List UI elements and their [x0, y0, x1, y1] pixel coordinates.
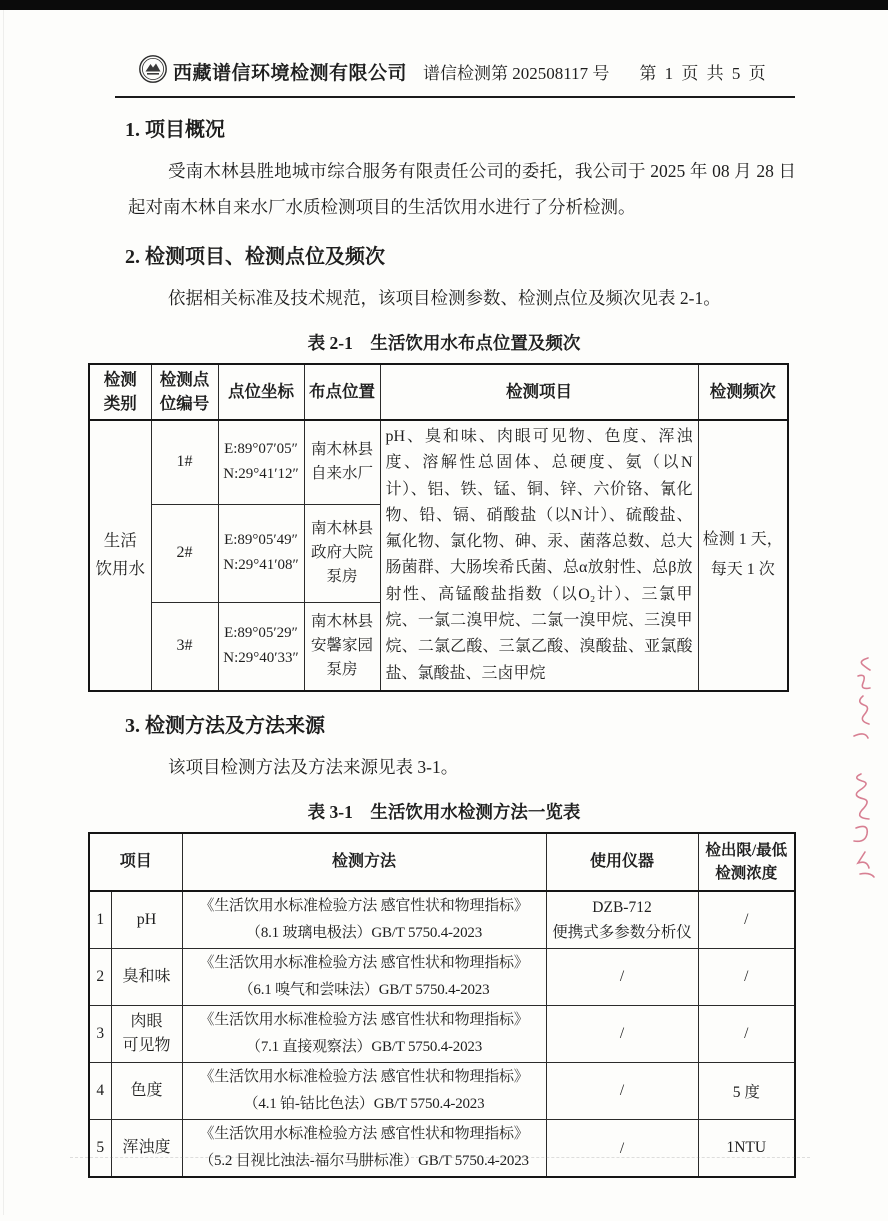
site3-location-cell: 南木林县 安馨家园 泵房 — [304, 602, 380, 691]
site2-coordinates-cell: E:89°05′49″ N:29°41′08″ — [218, 504, 304, 602]
row2-parameter-cell: 臭和味 — [111, 948, 182, 1005]
row3-limit-cell: / — [698, 1005, 795, 1062]
row2-method-cell: 《生活饮用水标准检验方法 感官性状和物理指标》 （6.1 嗅气和尝味法）GB/T… — [182, 948, 546, 1005]
report-number: 谱信检测第 202508117 号 — [423, 59, 609, 84]
method-row-odor: 2 臭和味 《生活饮用水标准检验方法 感官性状和物理指标》 （6.1 嗅气和尝味… — [89, 948, 795, 1005]
table2-caption: 表 2-1 生活饮用水布点位置及频次 — [88, 330, 800, 355]
col-header-site-id: 检测点 位编号 — [151, 364, 218, 420]
site1-location-cell: 南木林县 自来水厂 — [304, 420, 380, 504]
row5-instrument-cell: / — [546, 1119, 698, 1177]
row4-limit-cell: 5 度 — [698, 1062, 795, 1119]
category-cell: 生活 饮用水 — [89, 420, 151, 691]
red-handwriting-icon — [836, 652, 882, 892]
col-header-coordinates: 点位坐标 — [218, 364, 304, 420]
method-row-turbidity: 5 浑浊度 《生活饮用水标准检验方法 感官性状和物理指标》 （5.2 目视比浊法… — [89, 1119, 795, 1177]
scan-top-strip — [0, 0, 888, 10]
row3-number-cell: 3 — [89, 1005, 111, 1062]
company-brand: 西藏谱信环境检测有限公司 — [138, 54, 407, 89]
mountain-emblem-icon — [138, 54, 168, 89]
scan-artifact-line — [70, 1157, 810, 1158]
document-page: 西藏谱信环境检测有限公司 谱信检测第 202508117 号 第 1 页 共 5… — [0, 0, 888, 1221]
col-header-method: 检测方法 — [182, 833, 546, 891]
sampling-points-table: 检测 类别 检测点 位编号 点位坐标 布点位置 检测项目 检测频次 生活 饮用水… — [88, 363, 789, 692]
row3-instrument-cell: / — [546, 1005, 698, 1062]
col-header-frequency: 检测频次 — [698, 364, 788, 420]
col-header-item: 项目 — [89, 833, 182, 891]
site3-coordinates-cell: E:89°05′29″ N:29°40′33″ — [218, 602, 304, 691]
section1-heading: 1. 项目概况 — [125, 113, 800, 142]
row5-number-cell: 5 — [89, 1119, 111, 1177]
row1-instrument-cell: DZB-712 便携式多参数分析仪 — [546, 891, 698, 949]
page-number: 第 1 页 共 5 页 — [639, 59, 767, 84]
col-header-location: 布点位置 — [304, 364, 380, 420]
col-header-parameters: 检测项目 — [380, 364, 698, 420]
frequency-cell: 检测 1 天， 每天 1 次 — [698, 420, 788, 691]
row4-parameter-cell: 色度 — [111, 1062, 182, 1119]
site1-coordinates-cell: E:89°07′05″ N:29°41′12″ — [218, 420, 304, 504]
row1-method-cell: 《生活饮用水标准检验方法 感官性状和物理指标》 （8.1 玻璃电极法）GB/T … — [182, 891, 546, 949]
table3-caption: 表 3-1 生活饮用水检测方法一览表 — [88, 799, 800, 824]
section3-heading: 3. 检测方法及方法来源 — [125, 709, 800, 738]
row5-parameter-cell: 浑浊度 — [111, 1119, 182, 1177]
scan-edge-artifact — [3, 10, 4, 1215]
row5-method-cell: 《生活饮用水标准检验方法 感官性状和物理指标》 （5.2 目视比浊法-福尔马肼标… — [182, 1119, 546, 1177]
method-row-color: 4 色度 《生活饮用水标准检验方法 感官性状和物理指标》 （4.1 铂-钴比色法… — [89, 1062, 795, 1119]
row2-limit-cell: / — [698, 948, 795, 1005]
method-row-ph: 1 pH 《生活饮用水标准检验方法 感官性状和物理指标》 （8.1 玻璃电极法）… — [89, 891, 795, 949]
section2-heading: 2. 检测项目、检测点位及频次 — [125, 240, 800, 269]
header-divider — [115, 96, 795, 98]
row1-parameter-cell: pH — [111, 891, 182, 949]
col-header-instrument: 使用仪器 — [546, 833, 698, 891]
row2-number-cell: 2 — [89, 948, 111, 1005]
row4-number-cell: 4 — [89, 1062, 111, 1119]
company-name: 西藏谱信环境检测有限公司 — [173, 58, 407, 85]
row3-parameter-cell: 肉眼 可见物 — [111, 1005, 182, 1062]
section1-paragraph: 受南木林县胜地城市综合服务有限责任公司的委托，我公司于 2025 年 08 月 … — [128, 153, 796, 225]
page-header: 西藏谱信环境检测有限公司 谱信检测第 202508117 号 第 1 页 共 5… — [138, 54, 800, 89]
col-header-category: 检测 类别 — [89, 364, 151, 420]
site1-id-cell: 1# — [151, 420, 218, 504]
row1-number-cell: 1 — [89, 891, 111, 949]
row3-method-cell: 《生活饮用水标准检验方法 感官性状和物理指标》 （7.1 直接观察法）GB/T … — [182, 1005, 546, 1062]
methods-table: 项目 检测方法 使用仪器 检出限/最低 检测浓度 1 pH 《生活饮用水标准检验… — [88, 832, 796, 1179]
table2-header-row: 检测 类别 检测点 位编号 点位坐标 布点位置 检测项目 检测频次 — [89, 364, 788, 420]
row1-limit-cell: / — [698, 891, 795, 949]
row4-method-cell: 《生活饮用水标准检验方法 感官性状和物理指标》 （4.1 铂-钴比色法）GB/T… — [182, 1062, 546, 1119]
site3-id-cell: 3# — [151, 602, 218, 691]
section3-paragraph: 该项目检测方法及方法来源见表 3-1。 — [128, 749, 796, 785]
page-content: 西藏谱信环境检测有限公司 谱信检测第 202508117 号 第 1 页 共 5… — [88, 10, 800, 1178]
parameters-cell: pH、臭和味、肉眼可见物、色度、浑浊度、溶解性总固体、总硬度、氨（以N计）、铝、… — [380, 420, 698, 691]
row5-limit-cell: 1NTU — [698, 1119, 795, 1177]
row2-instrument-cell: / — [546, 948, 698, 1005]
site2-id-cell: 2# — [151, 504, 218, 602]
method-row-visible-matter: 3 肉眼 可见物 《生活饮用水标准检验方法 感官性状和物理指标》 （7.1 直接… — [89, 1005, 795, 1062]
section2-paragraph: 依据相关标准及技术规范，该项目检测参数、检测点位及频次见表 2-1。 — [128, 280, 796, 316]
site2-location-cell: 南木林县 政府大院 泵房 — [304, 504, 380, 602]
table-row-site1: 生活 饮用水 1# E:89°07′05″ N:29°41′12″ 南木林县 自… — [89, 420, 788, 504]
col-header-detection-limit: 检出限/最低 检测浓度 — [698, 833, 795, 891]
row4-instrument-cell: / — [546, 1062, 698, 1119]
table3-header-row: 项目 检测方法 使用仪器 检出限/最低 检测浓度 — [89, 833, 795, 891]
